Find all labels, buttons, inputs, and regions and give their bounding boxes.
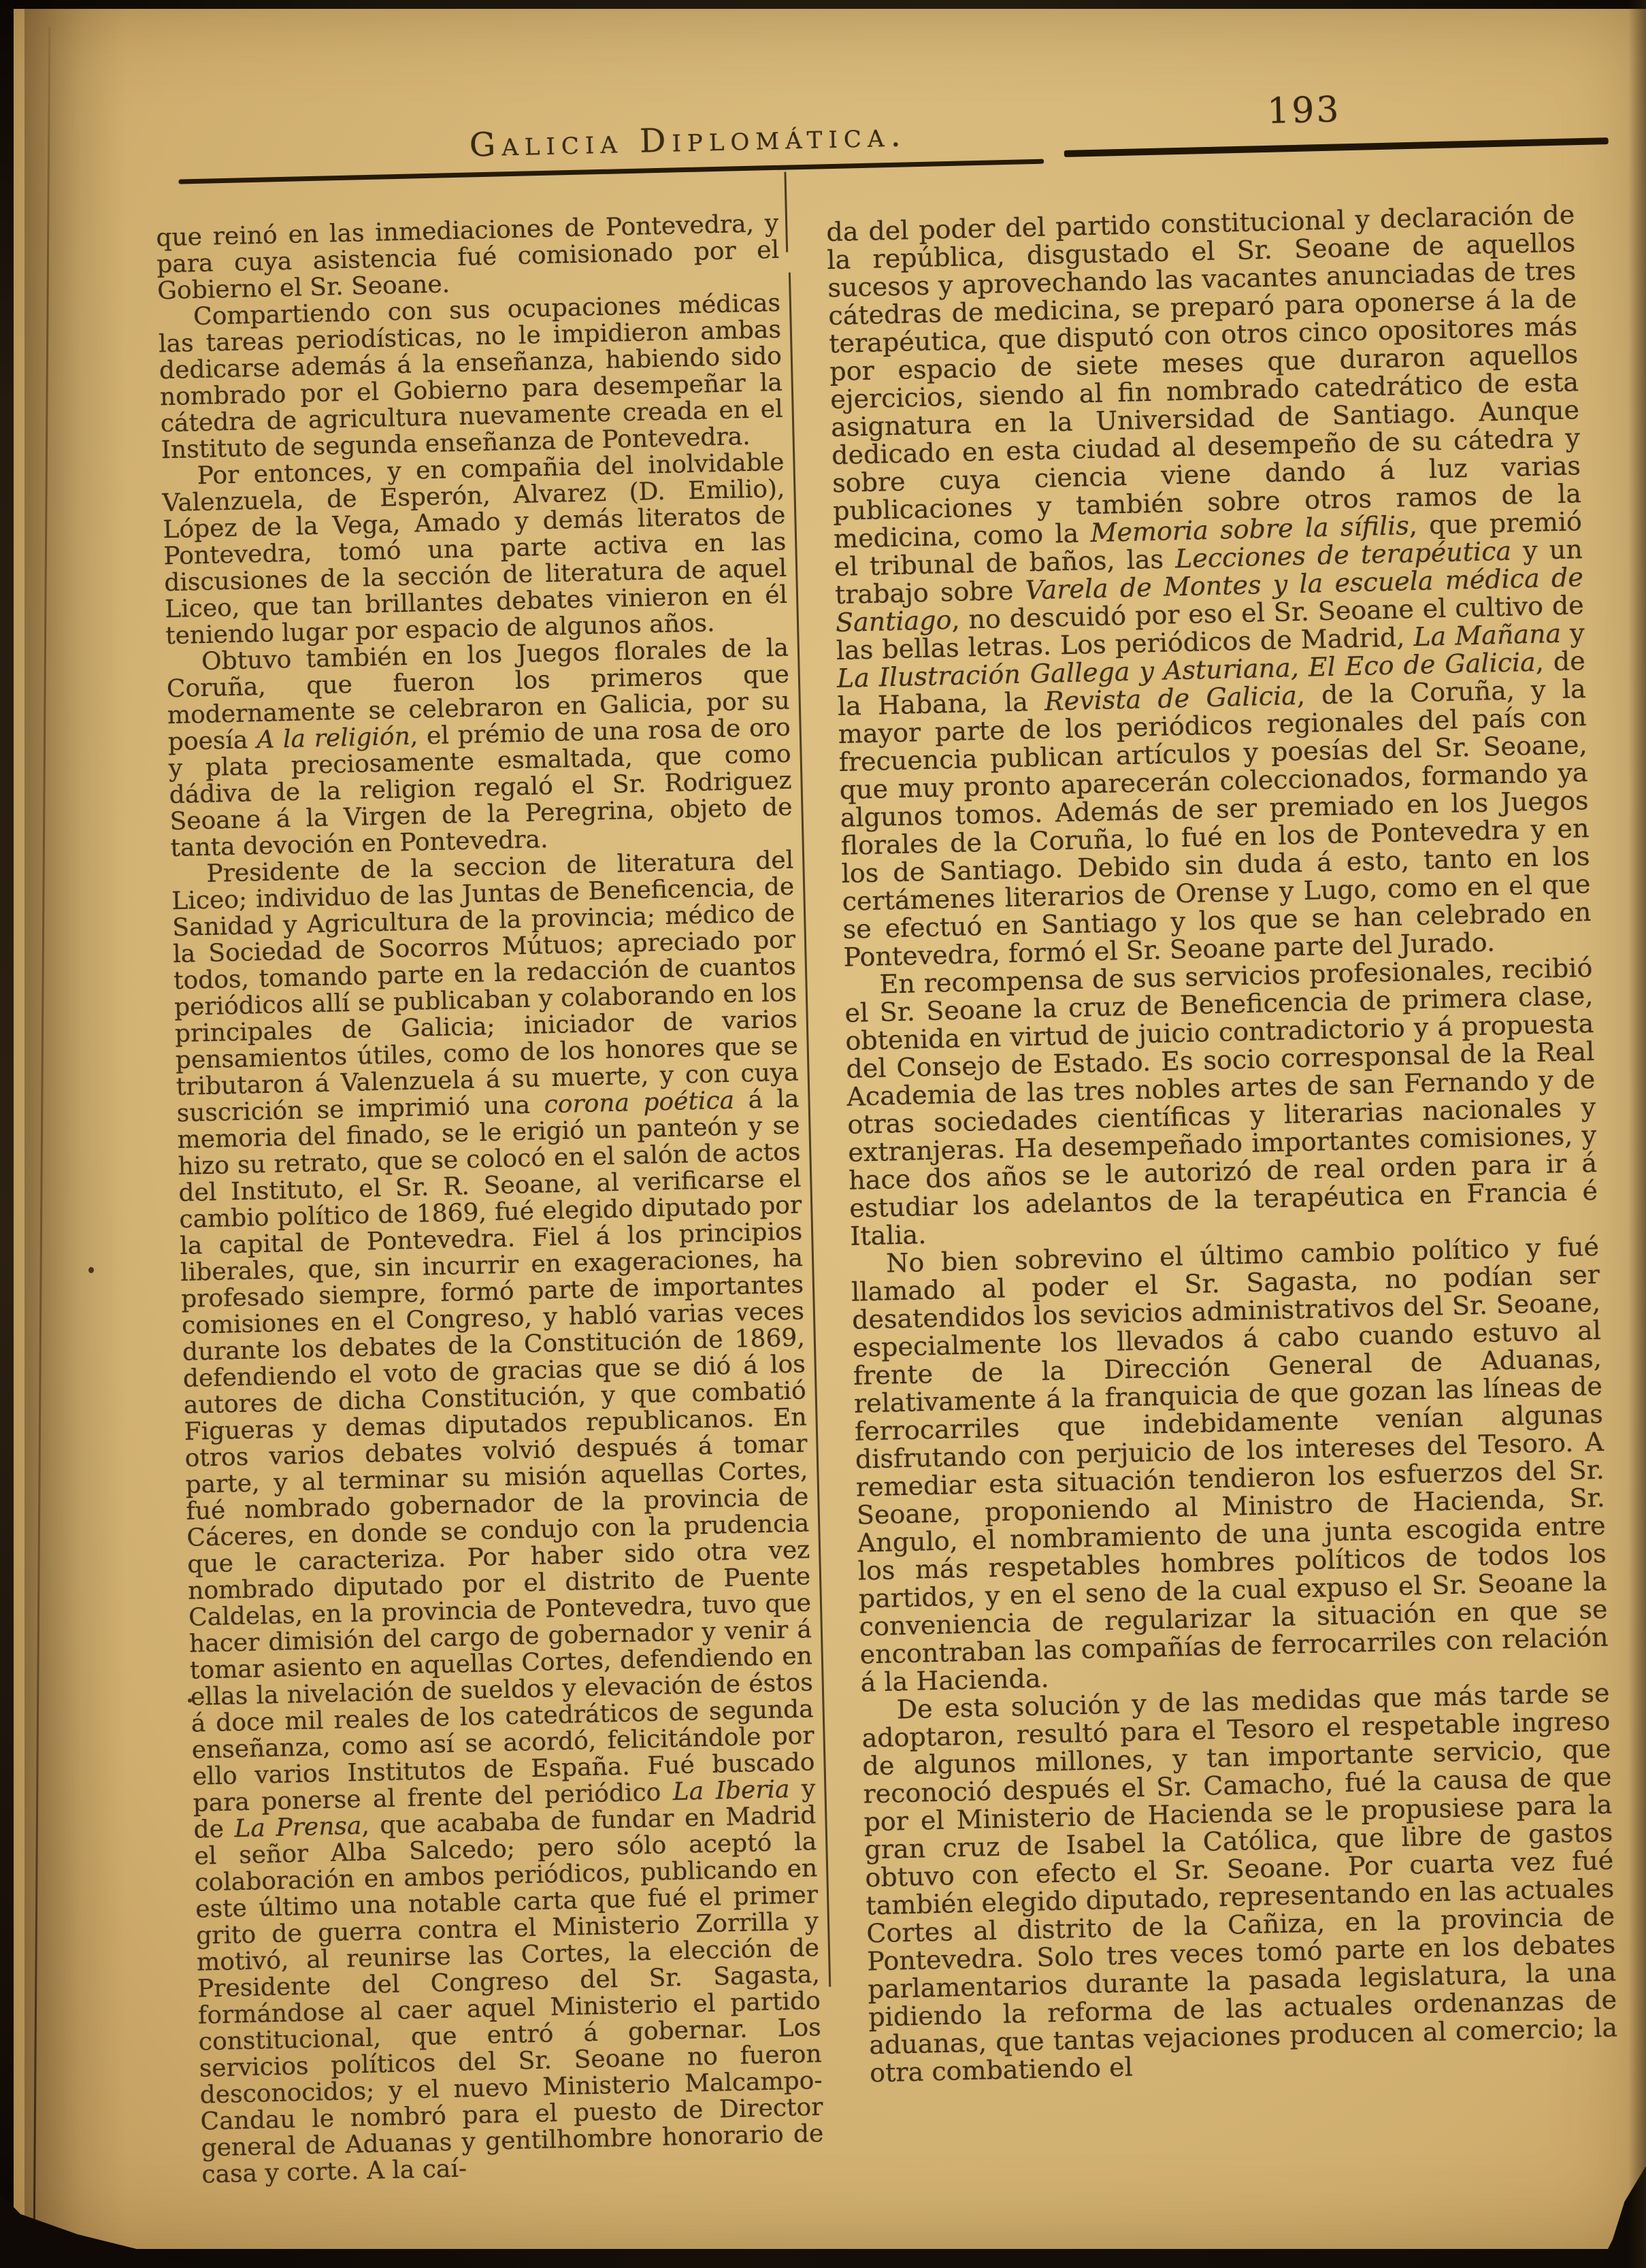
text-column-right: da del poder del partido constitucional … <box>826 201 1618 2087</box>
paragraph: Compartiendo con sus ocupaciones médicas… <box>158 290 784 463</box>
page-content: 193 Galicia Diplomática. que reinó en la… <box>73 29 1646 2140</box>
header-rule-left-segment <box>178 159 1044 184</box>
paragraph: No bien sobrevino el último cambio polít… <box>851 1233 1609 1697</box>
page-number: 193 <box>1204 89 1341 133</box>
page-title: Galicia Diplomática. <box>334 113 1042 167</box>
paragraph: Obtuvo también en los Juegos florales de… <box>166 635 793 861</box>
paragraph: da del poder del partido constitucional … <box>826 201 1592 972</box>
scan-edge-top <box>0 0 1646 9</box>
scan-edge-right-shadow <box>1628 0 1646 2268</box>
paragraph: que reinó en las inmediaciones de Pontev… <box>156 210 780 305</box>
ink-speck <box>88 1267 94 1273</box>
text-column-left: que reinó en las inmediaciones de Pontev… <box>156 210 825 2188</box>
scan-edge-left <box>0 0 14 2268</box>
scanned-page-paper: 193 Galicia Diplomática. que reinó en la… <box>12 7 1646 2250</box>
paragraph: Por entonces, y en compañia del inolvida… <box>161 449 788 649</box>
scan-edge-bottom <box>0 2249 1646 2268</box>
column-divider-tick <box>784 172 788 252</box>
paragraph: En recompensa de sus servicios profesion… <box>844 954 1598 1251</box>
paragraph: Presidente de la seccion de literatura d… <box>171 847 825 2188</box>
paragraph: De esta solución y de las medidas que má… <box>861 1679 1618 2088</box>
header-rule-right-segment <box>1064 137 1609 157</box>
